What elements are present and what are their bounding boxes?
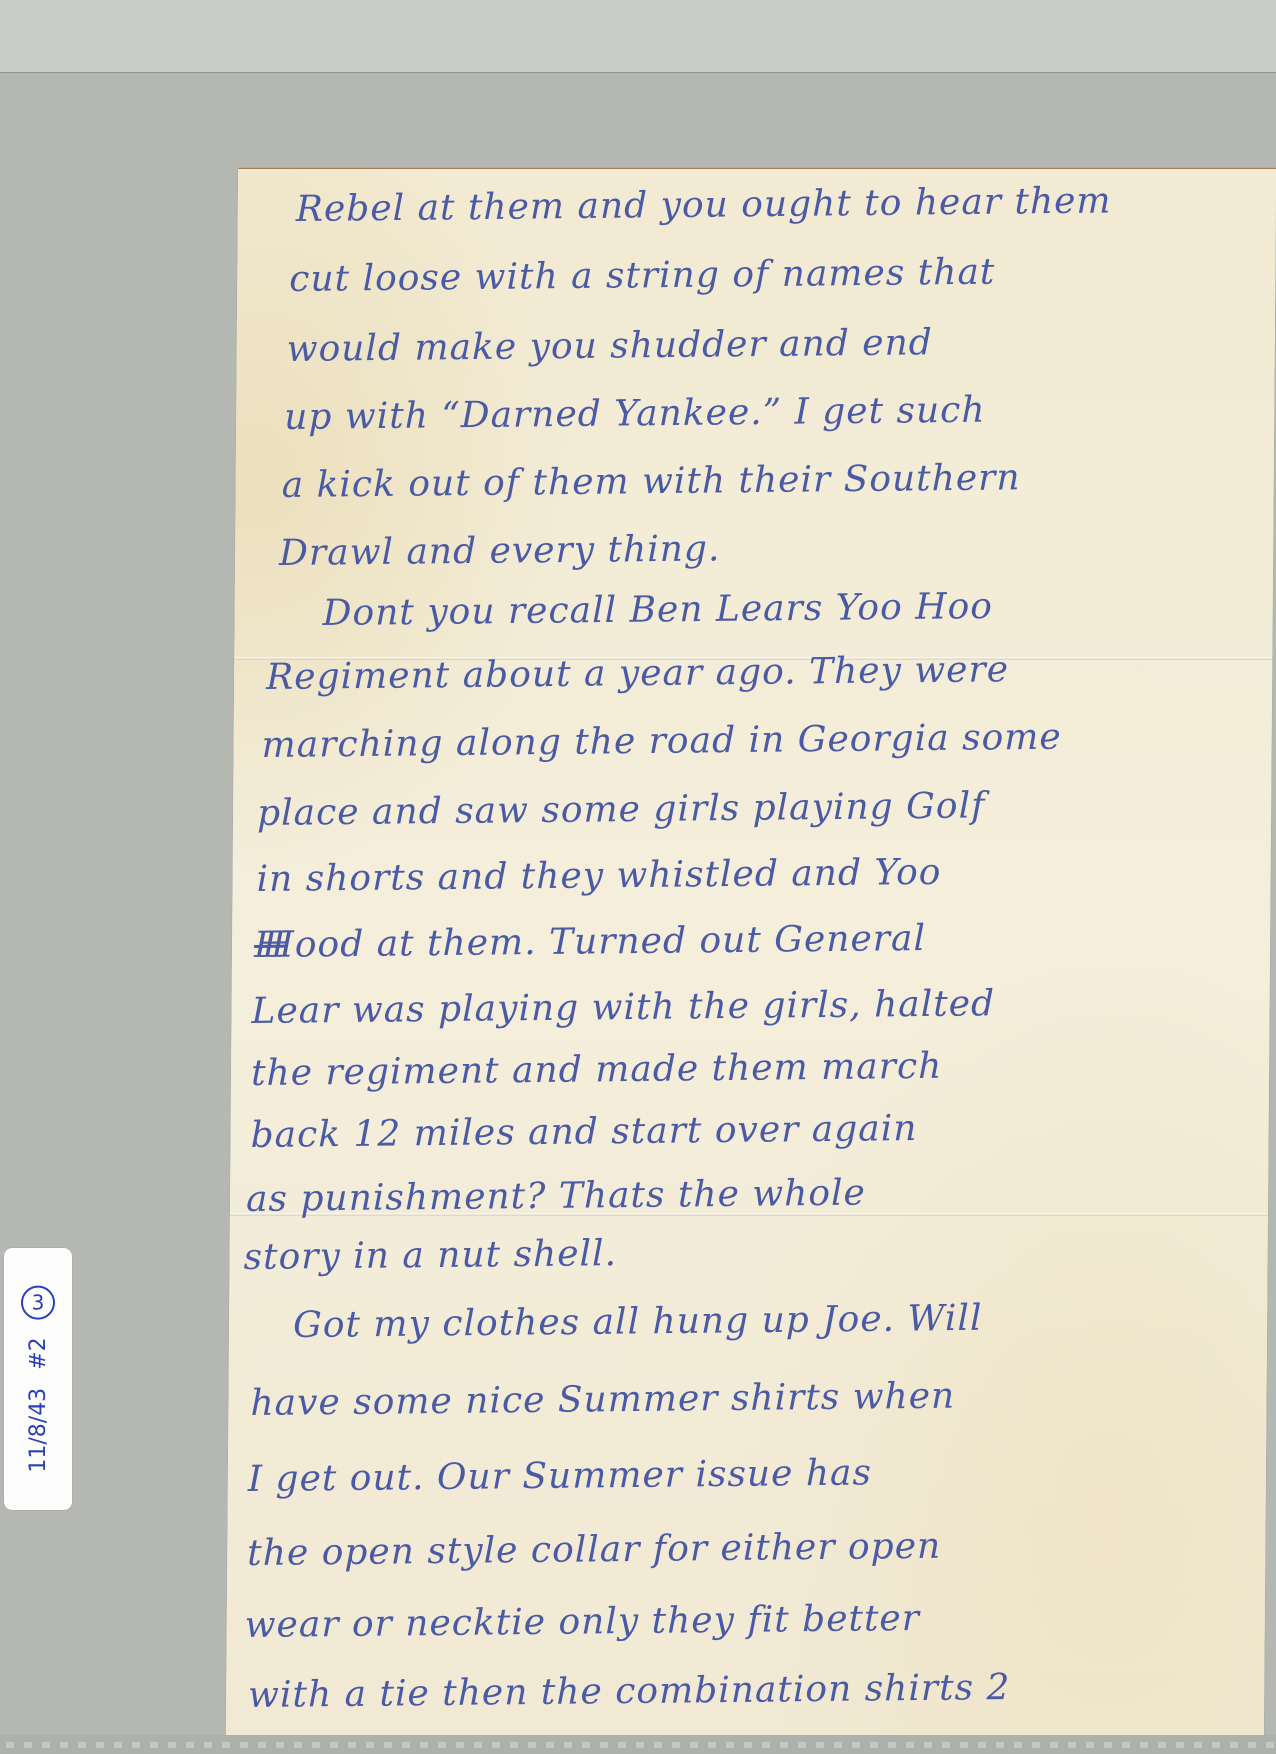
letter-line: in shorts and they whistled and Yoo <box>257 852 942 900</box>
page-number-circle: 3 <box>21 1285 55 1319</box>
letter-line: Drawl and every thing. <box>279 528 720 574</box>
tag-number: #2 <box>26 1337 51 1369</box>
letter-line: HHood at them. Turned out General <box>254 918 926 966</box>
letter-line: a kick out of them with their Southern <box>282 457 1021 506</box>
letter-line: Regiment about a year ago. They were <box>266 649 1009 698</box>
tag-date: 11/8/43 <box>26 1388 51 1473</box>
letter-line: the open style collar for either open <box>247 1526 941 1574</box>
letter-line: with a tie then the combination shirts 2 <box>248 1667 1010 1716</box>
letter-line: as punishment? Thats the whole <box>246 1173 866 1220</box>
letter-line: the regiment and made them march <box>251 1046 942 1094</box>
letter-line: cut loose with a string of names that <box>289 252 995 300</box>
sleeve-perforation-strip <box>0 1735 1276 1754</box>
letter-line: Dont you recall Ben Lears Yoo Hoo <box>323 586 993 634</box>
letter-line: wear or necktie only they fit better <box>245 1598 920 1646</box>
archive-tag-text: 11/8/43 #2 3 <box>21 1285 55 1472</box>
letter-line: story in a nut shell. <box>244 1233 617 1278</box>
letter-body: Rebel at them and you ought to hear them… <box>226 169 1276 1735</box>
letter-page: Rebel at them and you ought to hear them… <box>226 168 1276 1735</box>
letter-line: would make you shudder and end <box>287 322 933 370</box>
letter-line: back 12 miles and start over again <box>251 1108 918 1156</box>
letter-line: have some nice Summer shirts when <box>250 1376 955 1424</box>
letter-line: up with “Darned Yankee.” I get such <box>284 390 985 438</box>
letter-line: place and saw some girls playing Golf <box>257 785 985 834</box>
letter-line-text: Hood at them. Turned out General <box>262 918 926 966</box>
letter-line: I get out. Our Summer issue has <box>248 1452 872 1500</box>
letter-line: marching along the road in Georgia some <box>262 717 1062 766</box>
letter-line: Lear was playing with the girls, halted <box>251 983 995 1032</box>
archive-tag: 11/8/43 #2 3 <box>4 1248 72 1510</box>
scanner-top-band <box>0 0 1276 73</box>
letter-line: Rebel at them and you ought to hear them <box>296 180 1112 230</box>
letter-line: Got my clothes all hung up Joe. Will <box>293 1298 982 1346</box>
